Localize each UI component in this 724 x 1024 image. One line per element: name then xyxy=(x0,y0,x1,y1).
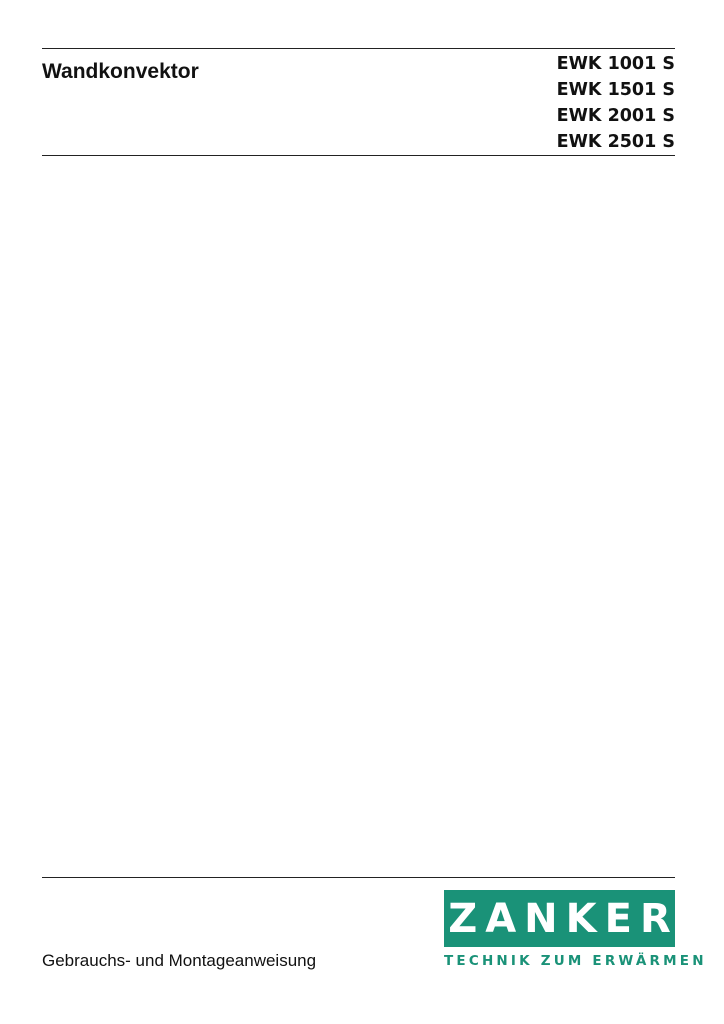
document-subtitle: Gebrauchs- und Montageanweisung xyxy=(42,951,316,971)
zanker-logo: ZANKER xyxy=(444,890,675,947)
header-top-rule xyxy=(42,48,675,49)
footer-rule xyxy=(42,877,675,878)
header-bottom-rule xyxy=(42,155,675,156)
model-item: EWK 2001 S xyxy=(557,103,675,129)
model-item: EWK 2501 S xyxy=(557,129,675,155)
model-item: EWK 1501 S xyxy=(557,77,675,103)
document-title: Wandkonvektor xyxy=(42,60,199,84)
logo-tagline: TECHNIK ZUM ERWÄRMEN xyxy=(444,953,675,969)
model-list: EWK 1001 S EWK 1501 S EWK 2001 S EWK 250… xyxy=(557,51,675,155)
model-item: EWK 1001 S xyxy=(557,51,675,77)
logo-brand-text: ZANKER xyxy=(440,896,679,942)
